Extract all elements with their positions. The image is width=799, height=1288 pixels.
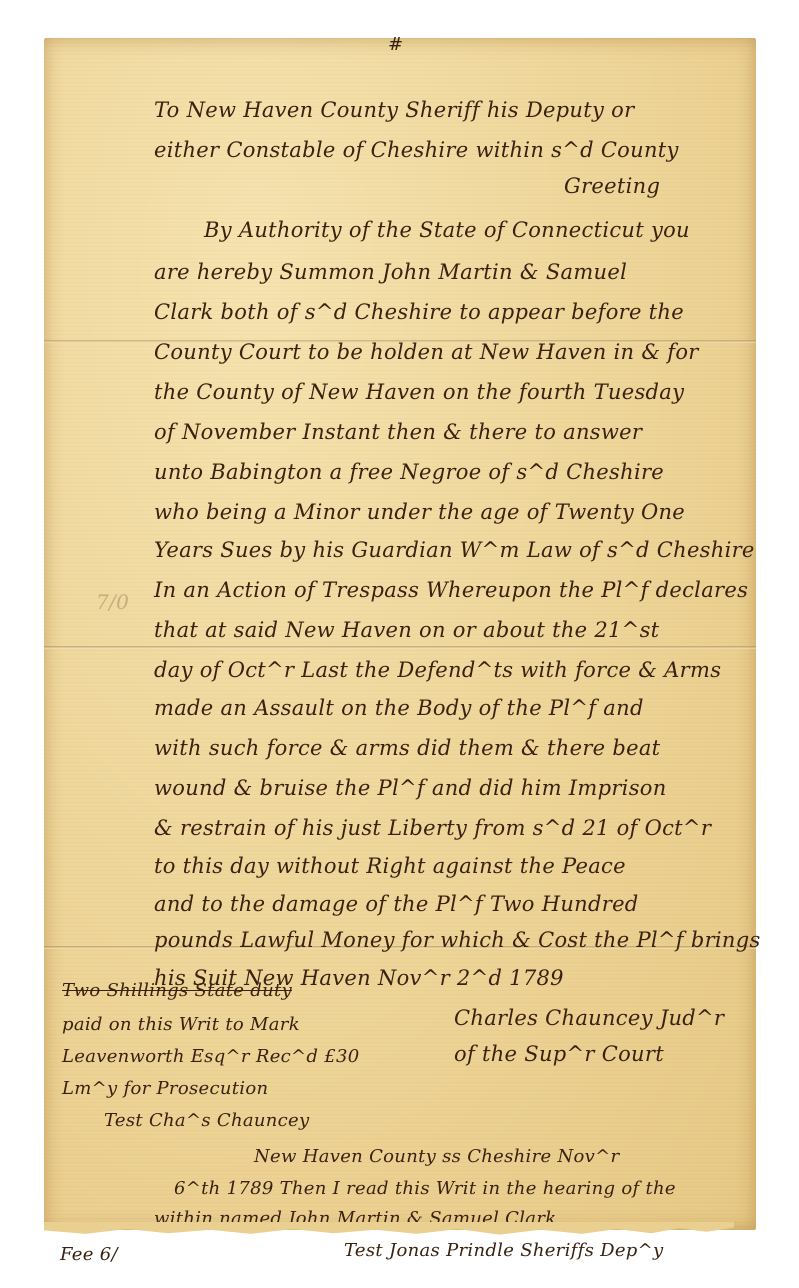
- body-line-8: who being a Minor under the age of Twent…: [154, 500, 685, 524]
- fee-note: Fee 6/: [60, 1244, 118, 1265]
- body-line-17: to this day without Right against the Pe…: [154, 854, 626, 878]
- body-line-11: that at said New Haven on or about the 2…: [154, 618, 659, 642]
- body-line-7: unto Babington a free Negroe of s^d Ches…: [154, 460, 664, 484]
- body-line-3: Clark both of s^d Cheshire to appear bef…: [154, 300, 684, 324]
- left-note-line-1: Two Shillings State duty: [62, 980, 292, 1001]
- left-note-line-3: Leavenworth Esq^r Rec^d £30: [62, 1046, 360, 1067]
- body-line-6: of November Instant then & there to answ…: [154, 420, 642, 444]
- return-line-1: New Haven County ss Cheshire Nov^r: [254, 1146, 619, 1167]
- left-note-line-4: Lm^y for Prosecution: [62, 1078, 268, 1099]
- body-line-4: County Court to be holden at New Haven i…: [154, 340, 699, 364]
- body-line-5: the County of New Haven on the fourth Tu…: [154, 380, 684, 404]
- address-line-1: To New Haven County Sheriff his Deputy o…: [154, 98, 634, 122]
- torn-bottom-edge: [44, 1222, 734, 1236]
- body-line-16: & restrain of his just Liberty from s^d …: [154, 816, 711, 840]
- left-note-line-5: Test Cha^s Chauncey: [104, 1110, 309, 1131]
- body-line-14: with such force & arms did them & there …: [154, 736, 660, 760]
- bleedthrough-mark-1: 7/0: [96, 590, 129, 614]
- document-paper: # To New Haven County Sheriff his Deputy…: [44, 38, 756, 1230]
- address-line-2: either Constable of Cheshire within s^d …: [154, 138, 679, 162]
- return-line-2: 6^th 1789 Then I read this Writ in the h…: [174, 1178, 676, 1199]
- fold-line-2: [44, 646, 756, 649]
- body-line-1: By Authority of the State of Connecticut…: [204, 218, 690, 242]
- left-note-line-2: paid on this Writ to Mark: [62, 1014, 300, 1035]
- body-line-15: wound & bruise the Pl^f and did him Impr…: [154, 776, 667, 800]
- header-mark: #: [388, 34, 403, 55]
- body-line-13: made an Assault on the Body of the Pl^f …: [154, 696, 644, 720]
- body-line-18: and to the damage of the Pl^f Two Hundre…: [154, 892, 639, 916]
- body-line-10: In an Action of Trespass Whereupon the P…: [154, 578, 748, 602]
- signature-name: Charles Chauncey Jud^r: [454, 1006, 724, 1030]
- return-signature: Test Jonas Prindle Sheriffs Dep^y: [344, 1240, 664, 1261]
- body-line-19: pounds Lawful Money for which & Cost the…: [154, 928, 761, 952]
- body-line-9: Years Sues by his Guardian W^m Law of s^…: [154, 538, 755, 562]
- greeting: Greeting: [564, 174, 660, 198]
- body-line-12: day of Oct^r Last the Defend^ts with for…: [154, 658, 721, 682]
- body-line-2: are hereby Summon John Martin & Samuel: [154, 260, 627, 284]
- signature-title: of the Sup^r Court: [454, 1042, 664, 1066]
